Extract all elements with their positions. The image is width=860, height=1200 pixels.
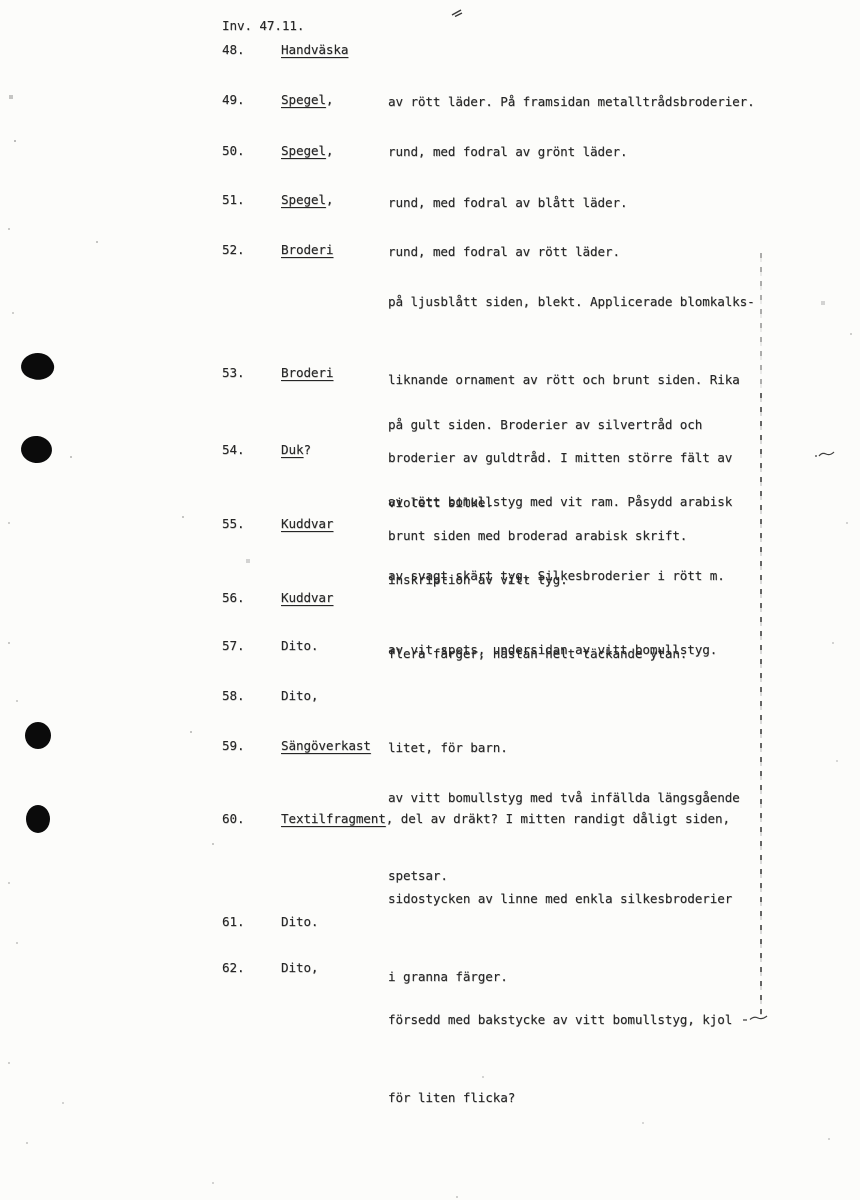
item-term-line: Textilfragment, del av dräkt? I mitten r…	[281, 806, 730, 832]
item-term: Kuddvar	[281, 511, 333, 537]
hole-punch-mark	[20, 351, 55, 381]
item-number: 61.	[222, 909, 244, 935]
item-number: 57.	[222, 633, 244, 659]
item-number: 49.	[222, 87, 244, 113]
fold-crease-line	[760, 393, 762, 1015]
item-number: 50.	[222, 138, 244, 164]
fold-crease-line	[760, 253, 762, 393]
pen-scribble-mark	[450, 1, 466, 27]
paper-noise-specks	[0, 0, 2, 2]
pen-scribble-mark	[814, 443, 836, 469]
item-term: Spegel,	[281, 187, 333, 213]
item-number: 51.	[222, 187, 244, 213]
item-term: Spegel,	[281, 138, 333, 164]
item-term: Dito,	[281, 955, 318, 981]
item-number: 48.	[222, 37, 244, 63]
scanned-document-page: Inv. 47.11. 48. Handväska av rött läder.…	[0, 0, 860, 1200]
pen-scribble-mark	[742, 1007, 768, 1033]
item-number: 56.	[222, 585, 244, 611]
item-term: Handväska	[281, 37, 348, 63]
item-number: 52.	[222, 237, 244, 263]
hole-punch-mark	[26, 805, 50, 833]
item-number: 54.	[222, 437, 244, 463]
hole-punch-mark	[20, 435, 53, 465]
item-term: Kuddvar	[281, 585, 333, 611]
item-number: 58.	[222, 683, 244, 709]
item-term: Spegel,	[281, 87, 333, 113]
item-number: 60.	[222, 806, 244, 832]
item-term: Sängöverkast	[281, 733, 371, 759]
item-number: 59.	[222, 733, 244, 759]
item-term: Duk?	[281, 437, 311, 463]
item-term: Broderi	[281, 360, 333, 386]
item-term: Dito.	[281, 633, 318, 659]
item-term: Dito,	[281, 683, 318, 709]
item-number: 53.	[222, 360, 244, 386]
item-number: 55.	[222, 511, 244, 537]
inventory-header: Inv. 47.11.	[222, 13, 304, 39]
item-term: Dito.	[281, 909, 318, 935]
item-number: 62.	[222, 955, 244, 981]
item-term: Broderi	[281, 237, 333, 263]
item-description: försedd med bakstycke av vitt bomullstyg…	[388, 955, 732, 1163]
hole-punch-mark	[25, 722, 51, 749]
